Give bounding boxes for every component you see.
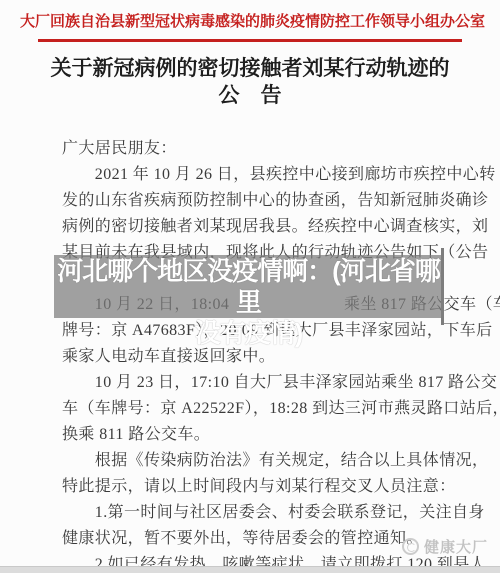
body-line: 换乘 811 路公交车。: [62, 422, 444, 448]
bottom-edge-strip: [0, 566, 500, 573]
body-line: 发的山东省疾病预防控制中心的协查函，告知新冠肺炎确诊: [62, 188, 444, 214]
red-divider-line: [38, 39, 462, 42]
caption-overlay-line2: 没有疫情): [54, 318, 443, 349]
document-title-line1: 关于新冠病例的密切接触者刘某行动轨迹的: [30, 55, 470, 82]
body-line: 根据《传染病防治法》有关规定，结合以上具体情况，: [62, 448, 444, 474]
body-line: 10 月 23 日，17:10 自大厂县丰泽家园站乘坐 817 路公交: [62, 370, 444, 396]
document-title-line2: 公 告: [30, 82, 470, 109]
body-line: 车（车牌号：京 A22522F），18:28 到达三河市燕灵路口站后，: [62, 396, 444, 422]
body-line: 2021 年 10 月 26 日，县疾控中心接到廊坊市疾控中心转: [62, 162, 444, 188]
issuing-office-banner: 大厂回族自治县新型冠状病毒感染的肺炎疫情防控工作领导小组办公室: [20, 7, 480, 37]
body-line-greeting: 广大居民朋友：: [62, 136, 444, 162]
document-title: 关于新冠病例的密切接触者刘某行动轨迹的 公 告: [30, 55, 470, 109]
body-line: 病例的密切接触者刘某现居我县。经疾控中心调查核实，刘: [62, 214, 444, 240]
brand-watermark: 健康大厂: [402, 536, 488, 557]
body-line: 特此提示，请以上时间段内与刘某行程交叉人员注意：: [62, 474, 444, 500]
document-body: 广大居民朋友： 2021 年 10 月 26 日，县疾控中心接到廊坊市疾控中心转…: [62, 136, 444, 573]
overlay-edge-artifact: [441, 248, 444, 325]
body-line: 1.第一时间与社区居委会、村委会联系登记，关注自身: [62, 500, 444, 526]
notice-document-page: 大厂回族自治县新型冠状病毒感染的肺炎疫情防控工作领导小组办公室 关于新冠病例的密…: [0, 0, 500, 573]
brand-logo-icon: [402, 538, 419, 555]
brand-watermark-label: 健康大厂: [424, 536, 488, 557]
caption-overlay-band: 河北哪个地区没疫情啊：(河北省哪里 没有疫情): [54, 255, 443, 318]
caption-overlay-line1: 河北哪个地区没疫情啊：(河北省哪里: [54, 256, 443, 318]
body-line: 健康状况，暂不要外出，等待居委会的管控通知。: [62, 526, 444, 552]
